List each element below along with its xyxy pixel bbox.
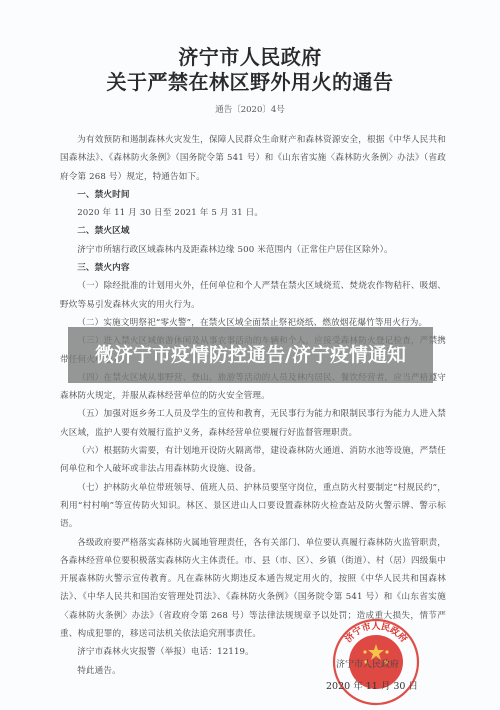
clause-1: （一）除经批准的计划用火外，任何单位和个人严禁在禁火区域烧荒、焚烧农作物秸秆、吸… xyxy=(60,277,446,314)
signature: 济宁市人民政府 xyxy=(336,657,399,670)
paragraph-time: 2020 年 11 月 30 日至 2021 年 5 月 31 日。 xyxy=(60,204,446,222)
clause-6: （六）根据防火需要，有计划地开设防火隔离带，建设森林防火通道、消防水池等设施，严… xyxy=(60,442,446,479)
section-heading-time: 一、禁火时间 xyxy=(60,186,446,204)
clause-5: （五）加强对返乡务工人员及学生的宣传和教育，无民事行为能力和限制民事行为能力人进… xyxy=(60,405,446,442)
document-number: 通告〔2020〕4号 xyxy=(0,103,500,115)
document-body: 为有效预防和遏制森林火灾发生，保障人民群众生命财产和森林资源安全，根据《中华人民… xyxy=(60,131,446,680)
issue-date: 2020 年 11 月 30 日 xyxy=(326,678,418,692)
caption-text: 微济宁市疫情防控通告/济宁疫情通知 xyxy=(86,343,416,367)
intro-paragraph: 为有效预防和遏制森林火灾发生，保障人民群众生命财产和森林资源安全，根据《中华人民… xyxy=(60,131,446,186)
paragraph-area: 济宁市所辖行政区域森林内及距森林边缘 500 米范围内（正常住户居住区除外）。 xyxy=(60,241,446,259)
document-title-line2: 关于严禁在林区野外用火的通告 xyxy=(0,66,500,95)
clause-7: （七）护林防火单位带班领导、值班人员、护林员要坚守岗位，重点防火村要制定“村规民… xyxy=(60,479,446,534)
section-heading-area: 二、禁火区域 xyxy=(60,222,446,240)
section-heading-content: 三、禁火内容 xyxy=(60,259,446,277)
caption-overlay: 微济宁市疫情防控通告/济宁疫情通知 xyxy=(68,327,433,383)
